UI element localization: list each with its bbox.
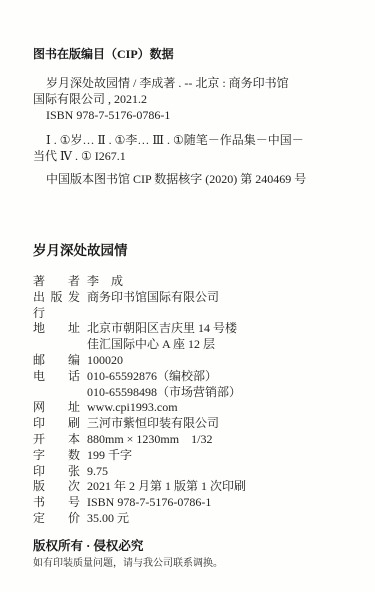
cip-classification-line: 当代 Ⅳ . ① I267.1: [33, 148, 349, 164]
book-copyright-page: 图书在版编目（CIP）数据 岁月深处故园情 / 李成著 . -- 北京 : 商务…: [0, 0, 375, 592]
cip-header: 图书在版编目（CIP）数据: [33, 46, 349, 62]
book-title: 岁月深处故园情: [33, 242, 349, 260]
row-value: 北京市朝阳区吉庆里 14 号楼 佳汇国际中心 A 座 12 层: [87, 321, 237, 353]
cip-registry-line: 中国版本图书馆 CIP 数据核字 (2020) 第 240469 号: [33, 171, 349, 187]
row-label: 网址: [33, 400, 80, 416]
colophon-row-publisher: 出版发行 商务印书馆国际有限公司: [33, 290, 349, 322]
row-label: 定价: [33, 511, 80, 527]
colophon-row-price: 定价 35.00 元: [33, 511, 349, 527]
row-label: 开本: [33, 432, 80, 448]
colophon-section: 著者 李 成 出版发行 商务印书馆国际有限公司 地址 北京市朝阳区吉庆里 14 …: [33, 274, 349, 527]
row-value: 商务印书馆国际有限公司: [87, 290, 219, 322]
colophon-row-postcode: 邮编 100020: [33, 353, 349, 369]
quality-note: 如有印装质量问题，请与我公司联系调换。: [33, 557, 349, 571]
row-value: 199 千字: [87, 448, 132, 464]
row-label: 印张: [33, 464, 80, 480]
row-label: 书号: [33, 495, 80, 511]
row-value: 三河市紫恒印装有限公司: [87, 416, 219, 432]
colophon-row-format: 开本 880mm × 1230mm 1/32: [33, 432, 349, 448]
colophon-row-edition: 版次 2021 年 2 月第 1 版第 1 次印刷: [33, 479, 349, 495]
row-label: 出版发行: [33, 290, 80, 322]
colophon-row-address: 地址 北京市朝阳区吉庆里 14 号楼 佳汇国际中心 A 座 12 层: [33, 321, 349, 353]
row-value: 2021 年 2 月第 1 版第 1 次印刷: [87, 479, 246, 495]
copyright-notice: 版权所有 · 侵权必究: [33, 538, 349, 554]
cip-description-line: 国际有限公司 , 2021.2: [33, 91, 349, 107]
row-label: 电话: [33, 369, 80, 401]
row-label: 印刷: [33, 416, 80, 432]
row-label: 邮编: [33, 353, 80, 369]
colophon-row-website: 网址 www.cpi1993.com: [33, 400, 349, 416]
cip-classification-line: Ⅰ . ①岁… Ⅱ . ①李… Ⅲ . ①随笔－作品集－中国－: [33, 132, 349, 148]
row-label: 版次: [33, 479, 80, 495]
row-value: 100020: [87, 353, 123, 369]
cip-description-line: 岁月深处故园情 / 李成著 . -- 北京 : 商务印书馆: [33, 75, 349, 91]
row-label: 著者: [33, 274, 80, 290]
colophon-row-wordcount: 字数 199 千字: [33, 448, 349, 464]
row-value: 880mm × 1230mm 1/32: [87, 432, 212, 448]
colophon-row-phone: 电话 010-65592876（编校部） 010-65598498（市场营销部）: [33, 369, 349, 401]
cip-section: 图书在版编目（CIP）数据 岁月深处故园情 / 李成著 . -- 北京 : 商务…: [33, 46, 349, 187]
row-value: 010-65592876（编校部） 010-65598498（市场营销部）: [87, 369, 241, 401]
row-label: 字数: [33, 448, 80, 464]
colophon-row-printer: 印刷 三河市紫恒印装有限公司: [33, 416, 349, 432]
row-label: 地址: [33, 321, 80, 353]
row-value: 李 成: [87, 274, 123, 290]
colophon-row-isbn: 书号 ISBN 978-7-5176-0786-1: [33, 495, 349, 511]
row-value: 35.00 元: [87, 511, 129, 527]
colophon-row-sheets: 印张 9.75: [33, 464, 349, 480]
colophon-row-author: 著者 李 成: [33, 274, 349, 290]
cip-isbn-line: ISBN 978-7-5176-0786-1: [33, 107, 349, 123]
row-value: 9.75: [87, 464, 108, 480]
row-value: www.cpi1993.com: [87, 400, 178, 416]
row-value: ISBN 978-7-5176-0786-1: [87, 495, 211, 511]
